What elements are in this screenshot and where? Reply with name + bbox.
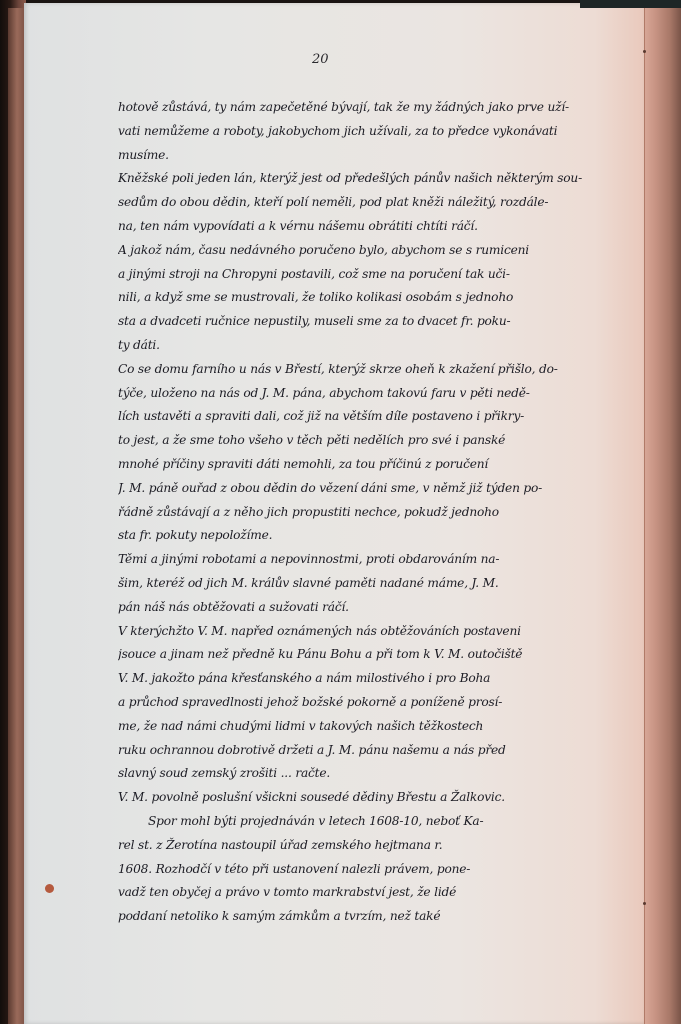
gutter-fold-line xyxy=(644,0,645,1024)
text-line: lích ustavěti a spraviti dali, což již n… xyxy=(118,405,630,429)
text-line: nili, a když sme se mustrovali, že tolik… xyxy=(118,286,630,310)
book-gutter xyxy=(644,0,681,1024)
text-line: pán náš nás obtěžovati a sužovati ráčí. xyxy=(118,596,630,620)
text-line: jsouce a jinam než předně ku Pánu Bohu a… xyxy=(118,643,630,667)
text-line: me, že nad námi chudými lidmi v takových… xyxy=(118,715,630,739)
text-line: V. M. jakožto pána křesťanského a nám mi… xyxy=(118,667,630,691)
text-line: poddaní netoliko k samým zámkům a tvrzím… xyxy=(118,905,630,929)
scan-shadow xyxy=(580,0,681,8)
text-line: sedům do obou dědin, kteří polí neměli, … xyxy=(118,191,630,215)
text-line: A jakož nám, času nedávného poručeno byl… xyxy=(118,239,630,263)
text-line: a průchod spravedlnosti jehož božské pok… xyxy=(118,691,630,715)
text-line: hotově zůstává, ty nám zapečetěné bývají… xyxy=(118,96,630,120)
book-scan: 20 hotově zůstává, ty nám zapečetěné býv… xyxy=(0,0,681,1024)
ink-stain xyxy=(45,884,54,893)
text-line: na, ten nám vypovídati a k vérnu nášemu … xyxy=(118,215,630,239)
page-number: 20 xyxy=(312,52,329,67)
text-line: 1608. Rozhodčí v této při ustanovení nal… xyxy=(118,858,630,882)
text-line: slavný soud zemský zrošiti ... račte. xyxy=(118,762,630,786)
text-line: ty dáti. xyxy=(118,334,630,358)
text-line: Co se domu farního u nás v Břestí, který… xyxy=(118,358,630,382)
text-line: vadž ten obyčej a právo v tomto markrabs… xyxy=(118,881,630,905)
text-line: ruku ochrannou dobrotivě držeti a J. M. … xyxy=(118,739,630,763)
text-line: vati nemůžeme a roboty, jakobychom jich … xyxy=(118,120,630,144)
text-line: a jinými stroji na Chropyni postavili, c… xyxy=(118,263,630,287)
text-line: V. M. povolně poslušní všickni sousedé d… xyxy=(118,786,630,810)
text-line: týče, uloženo na nás od J. M. pána, abyc… xyxy=(118,382,630,406)
text-line: musíme. xyxy=(118,144,630,168)
text-line: šim, kteréž od jich M. králův slavné pam… xyxy=(118,572,630,596)
text-line: rel st. z Žerotína nastoupil úřad zemské… xyxy=(118,834,630,858)
text-line: řádně zůstávají a z něho jich propustiti… xyxy=(118,501,630,525)
handwritten-text-block: hotově zůstává, ty nám zapečetěné bývají… xyxy=(118,96,630,929)
paper-speck xyxy=(643,902,646,905)
text-line-indented: Spor mohl býti projednáván v letech 1608… xyxy=(118,810,630,834)
text-line: mnohé příčiny spraviti dáti nemohli, za … xyxy=(118,453,630,477)
text-line: Těmi a jinými robotami a nepovinnostmi, … xyxy=(118,548,630,572)
text-line: V kterýchžto V. M. napřed oznámených nás… xyxy=(118,620,630,644)
text-line: sta fr. pokuty nepoložíme. xyxy=(118,524,630,548)
text-line: sta a dvadceti ručnice nepustily, museli… xyxy=(118,310,630,334)
text-line: to jest, a že sme toho všeho v těch pěti… xyxy=(118,429,630,453)
text-line: J. M. páně ouřad z obou dědin do vězení … xyxy=(118,477,630,501)
text-line: Kněžské poli jeden lán, kterýž jest od p… xyxy=(118,167,630,191)
paper-speck xyxy=(643,50,646,53)
